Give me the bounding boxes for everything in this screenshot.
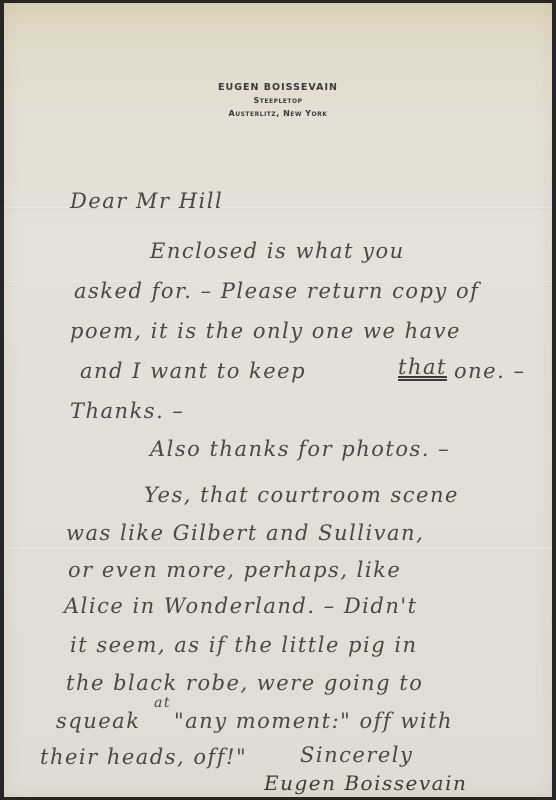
- letter-line: asked for. – Please return copy of: [74, 279, 479, 303]
- letter-line: poem, it is the only one we have: [70, 319, 461, 343]
- salutation: Dear Mr Hill: [70, 189, 223, 213]
- fold-crease: [4, 548, 552, 550]
- signature: Eugen Boissevain: [264, 771, 467, 795]
- underlined-word: that: [398, 355, 447, 379]
- letter-line: their heads, off!": [40, 745, 247, 769]
- letter-line-part: "any moment:" off with: [174, 709, 453, 733]
- letter-line: or even more, perhaps, like: [68, 558, 401, 582]
- letter-line: Enclosed is what you: [150, 239, 405, 263]
- letterhead: EUGEN BOISSEVAIN Steepletop Austerlitz, …: [4, 81, 552, 120]
- letter-line: Yes, that courtroom scene: [144, 483, 459, 507]
- letter-line: it seem, as if the little pig in: [70, 633, 418, 657]
- letter-line: Alice in Wonderland. – Didn't: [64, 594, 418, 618]
- superscript-insertion: at: [154, 695, 171, 711]
- document-frame: EUGEN BOISSEVAIN Steepletop Austerlitz, …: [0, 0, 556, 800]
- letterhead-address: Austerlitz, New York: [4, 107, 552, 120]
- letter-line-part: squeak: [56, 709, 140, 733]
- letter-line-part: one. –: [454, 359, 525, 383]
- letter-line: Thanks. –: [70, 399, 184, 423]
- letter-line-part: and I want to keep: [80, 359, 306, 383]
- closing: Sincerely: [300, 743, 413, 767]
- letter-line: the black robe, were going to: [66, 671, 423, 695]
- letter-line: was like Gilbert and Sullivan,: [66, 521, 424, 545]
- letterhead-name: EUGEN BOISSEVAIN: [4, 81, 552, 94]
- letter-page: EUGEN BOISSEVAIN Steepletop Austerlitz, …: [4, 3, 552, 797]
- letterhead-estate: Steepletop: [4, 94, 552, 107]
- letter-line: Also thanks for photos. –: [150, 437, 450, 461]
